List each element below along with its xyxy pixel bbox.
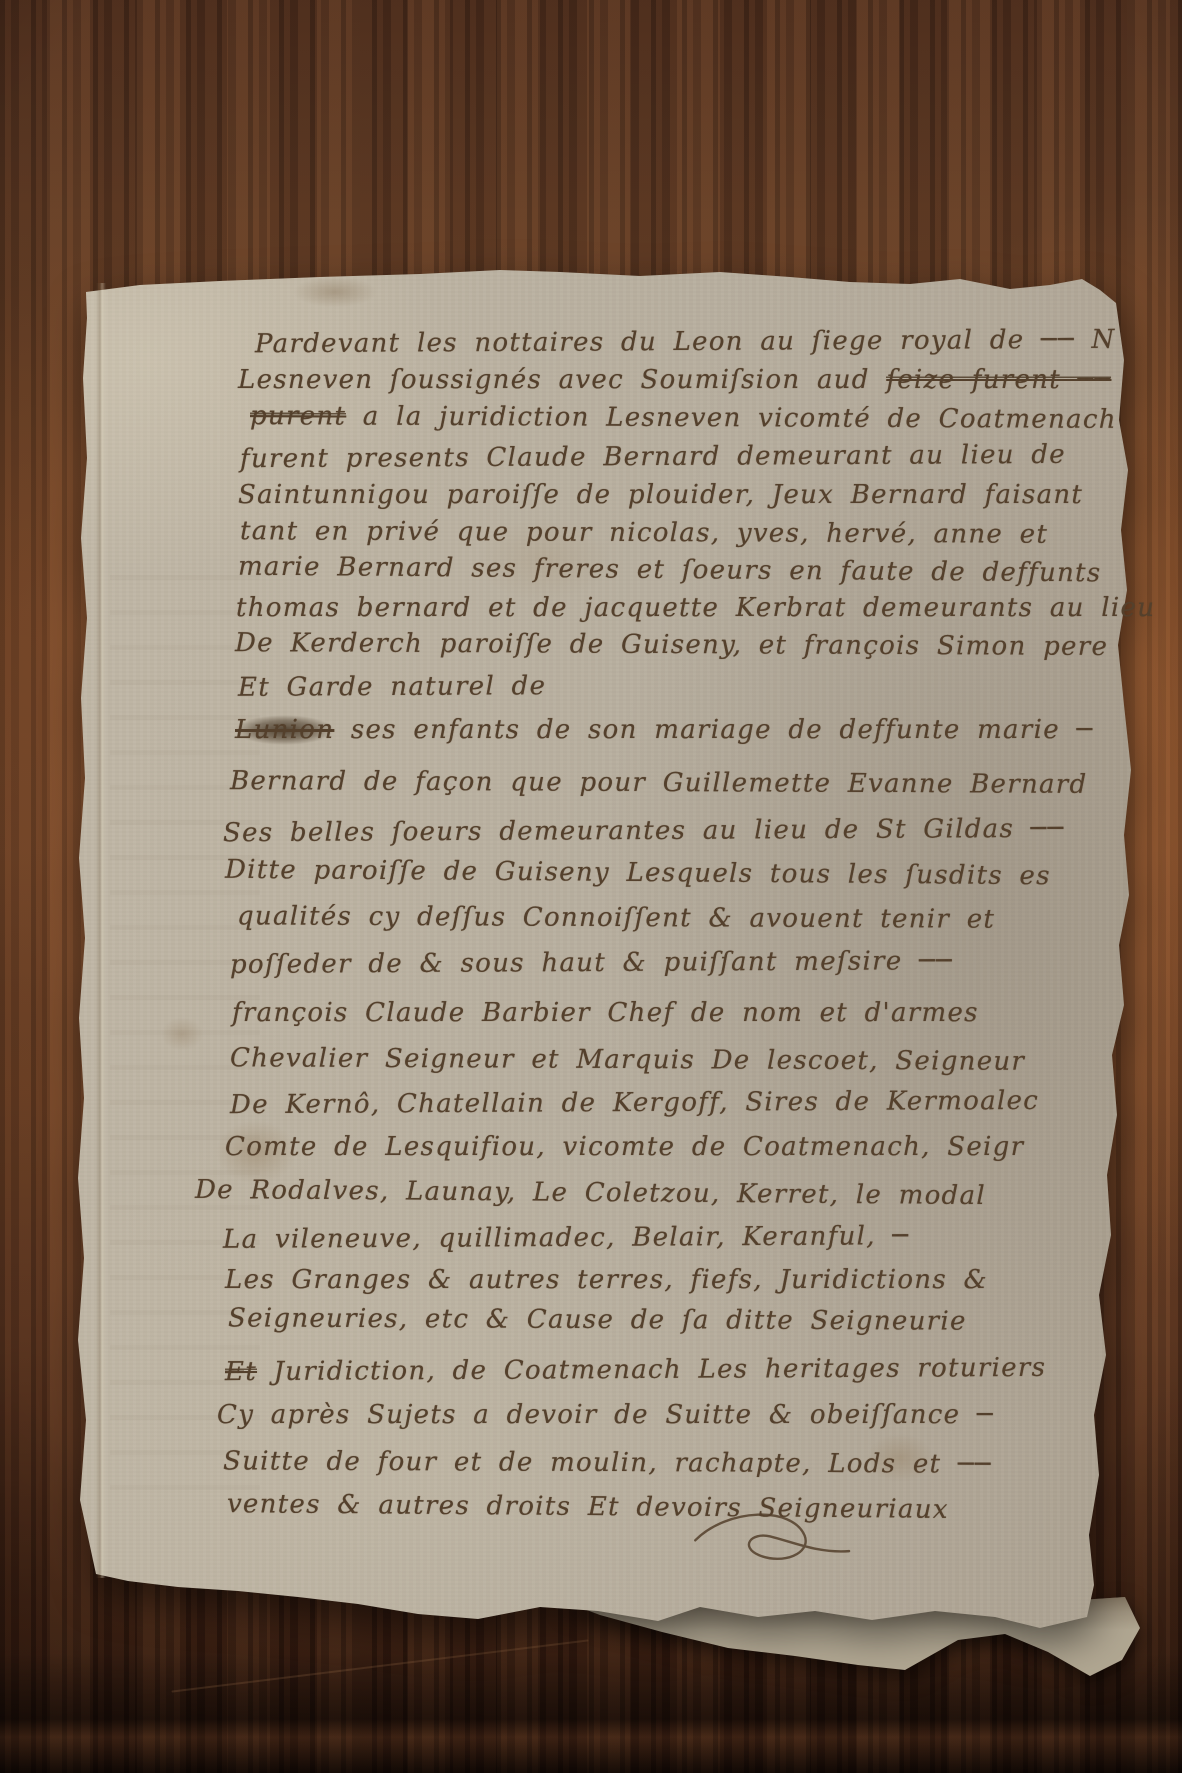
handwritten-text: thomas bernard et de jacquette Kerbrat d… <box>236 593 1155 623</box>
manuscript-line: De Kernô, Chatellain de Kergoff, Sires d… <box>230 1084 1039 1122</box>
manuscript-line: marie Bernard ses freres et ſoeurs en fa… <box>238 550 1102 591</box>
handwritten-text: ses enfants de son mariage de deffunte m… <box>334 715 1093 745</box>
manuscript-line: purent a la juridiction Lesneven vicomté… <box>250 399 1117 437</box>
handwritten-text: marie Bernard ses freres et ſoeurs en fa… <box>238 552 1102 589</box>
manuscript-line: Bernard de façon que pour Guillemette Ev… <box>230 764 1088 802</box>
handwritten-text: a la juridiction Lesneven vicomté de Coa… <box>346 402 1117 435</box>
manuscript-line: thomas bernard et de jacquette Kerbrat d… <box>236 591 1155 625</box>
struck-word: purent <box>250 401 346 431</box>
struck-word: ſeize furent ── <box>886 365 1111 395</box>
manuscript-line: Chevalier Seigneur et Marquis De lescoet… <box>230 1041 1025 1078</box>
handwritten-text: qualités cy deſſus Connoiſſent & avouent… <box>237 901 995 934</box>
manuscript-line: Ditte paroiſſe de Guiseny Lesquels tous … <box>225 853 1051 893</box>
handwritten-text: Et Garde naturel de <box>238 671 546 703</box>
handwritten-text: Saintunnigou paroiſſe de plouider, Jeux … <box>238 480 1083 510</box>
handwritten-text: Les Granges & autres terres, fiefs, Juri… <box>225 1265 988 1295</box>
handwritten-text: Pardevant les nottaires du Leon au ſiege… <box>255 325 1116 360</box>
manuscript-line: Les Granges & autres terres, fiefs, Juri… <box>225 1263 988 1297</box>
manuscript-line: françois Claude Barbier Chef de nom et d… <box>232 996 979 1030</box>
manuscript-line: La vileneuve, quillimadec, Belair, Keran… <box>223 1219 909 1257</box>
handwritten-text: De Rodalves, Launay, Le Coletzou, Kerret… <box>195 1175 986 1211</box>
handwritten-text: Lesneven ſoussignés avec Soumiſsion aud <box>238 365 886 395</box>
manuscript-line: Lesneven ſoussignés avec Soumiſsion aud … <box>238 363 1111 397</box>
handwritten-text: tant en privé que pour nicolas, yves, he… <box>240 516 1048 550</box>
handwritten-text: De Kerderch paroiſſe de Guiseny, et fran… <box>235 628 1108 662</box>
handwritten-text: Juridiction, de Coatmenach Les heritages… <box>257 1353 1046 1387</box>
handwritten-text: Ditte paroiſſe de Guiseny Lesquels tous … <box>225 855 1051 891</box>
manuscript-line: Cy après Sujets a devoir de Suitte & obe… <box>217 1398 994 1432</box>
manuscript-line: Saintunnigou paroiſſe de plouider, Jeux … <box>238 478 1083 512</box>
handwritten-text: poſſeder de & sous haut & puiſſant meſsi… <box>230 946 953 980</box>
handwritten-text: Suitte de four et de moulin, rachapte, L… <box>223 1446 992 1479</box>
handwritten-text: Comte de Lesquifiou, vicomte de Coatmena… <box>225 1132 1024 1162</box>
handwritten-text: Chevalier Seigneur et Marquis De lescoet… <box>230 1043 1025 1076</box>
manuscript-line: Et Juridiction, de Coatmenach Les herita… <box>225 1351 1046 1389</box>
text-layer: Pardevant les nottaires du Leon au ſiege… <box>0 0 1182 1773</box>
manuscript-line: tant en privé que pour nicolas, yves, he… <box>240 514 1048 552</box>
manuscript-line: Et Garde naturel de <box>238 669 546 705</box>
manuscript-line: De Rodalves, Launay, Le Coletzou, Kerret… <box>195 1173 986 1213</box>
manuscript-line: Lunion ses enfants de son mariage de def… <box>235 713 1093 747</box>
manuscript-line: Suitte de four et de moulin, rachapte, L… <box>223 1444 992 1481</box>
manuscript-line: furent presents Claude Bernard demeurant… <box>240 438 1066 476</box>
manuscript-line: Pardevant les nottaires du Leon au ſiege… <box>255 323 1116 362</box>
handwritten-text: Bernard de façon que pour Guillemette Ev… <box>230 766 1088 800</box>
manuscript-line: De Kerderch paroiſſe de Guiseny, et fran… <box>235 626 1108 664</box>
manuscript-line: Ses belles ſoeurs demeurantes au lieu de… <box>223 812 1065 850</box>
manuscript-line: Comte de Lesquifiou, vicomte de Coatmena… <box>225 1130 1024 1164</box>
struck-word: Et <box>225 1357 257 1387</box>
ink-blot-word: Lunion <box>235 715 334 745</box>
handwritten-text: françois Claude Barbier Chef de nom et d… <box>232 998 979 1028</box>
manuscript-line: poſſeder de & sous haut & puiſſant meſsi… <box>230 944 953 982</box>
handwritten-text: La vileneuve, quillimadec, Belair, Keran… <box>223 1221 909 1255</box>
handwritten-text: furent presents Claude Bernard demeurant… <box>240 440 1066 474</box>
manuscript-line: qualités cy deſſus Connoiſſent & avouent… <box>237 899 995 936</box>
handwritten-text: Ses belles ſoeurs demeurantes au lieu de… <box>223 814 1065 848</box>
handwritten-text: Cy après Sujets a devoir de Suitte & obe… <box>217 1400 994 1430</box>
photo-root: Pardevant les nottaires du Leon au ſiege… <box>0 0 1182 1773</box>
handwritten-text: Seigneuries, etc & Cause de ſa ditte Sei… <box>228 1303 967 1336</box>
handwritten-text: De Kernô, Chatellain de Kergoff, Sires d… <box>230 1086 1039 1120</box>
manuscript-line: Seigneuries, etc & Cause de ſa ditte Sei… <box>228 1301 967 1338</box>
